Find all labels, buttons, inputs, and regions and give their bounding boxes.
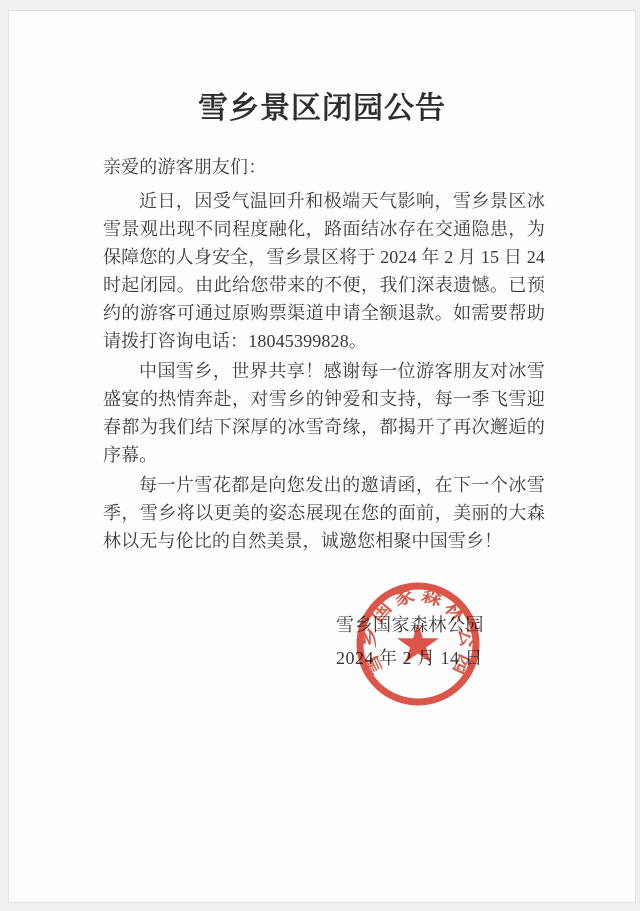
official-seal-stamp: 雪乡国家森林公园 [348, 574, 488, 714]
seal-star-icon [397, 623, 439, 663]
announcement-page: 雪乡景区闭园公告 亲爱的游客朋友们： 近日，因受气温回升和极端天气影响，雪乡景区… [8, 10, 636, 903]
paragraph-thanks: 中国雪乡，世界共享！感谢每一位游客朋友对冰雪盛宴的热情奔赴，对雪乡的钟爱和支持，… [103, 357, 545, 469]
page-title: 雪乡景区闭园公告 [9, 92, 635, 126]
salutation-line: 亲爱的游客朋友们： [103, 153, 545, 181]
announcement-body: 亲爱的游客朋友们： 近日，因受气温回升和极端天气影响，雪乡景区冰雪景观出现不同程… [103, 153, 545, 557]
paragraph-invitation: 每一片雪花都是向您发出的邀请函，在下一个冰雪季，雪乡将以更美的姿态展现在您的面前… [103, 471, 545, 555]
paragraph-closure-notice: 近日，因受气温回升和极端天气影响，雪乡景区冰雪景观出现不同程度融化，路面结冰存在… [103, 187, 545, 355]
